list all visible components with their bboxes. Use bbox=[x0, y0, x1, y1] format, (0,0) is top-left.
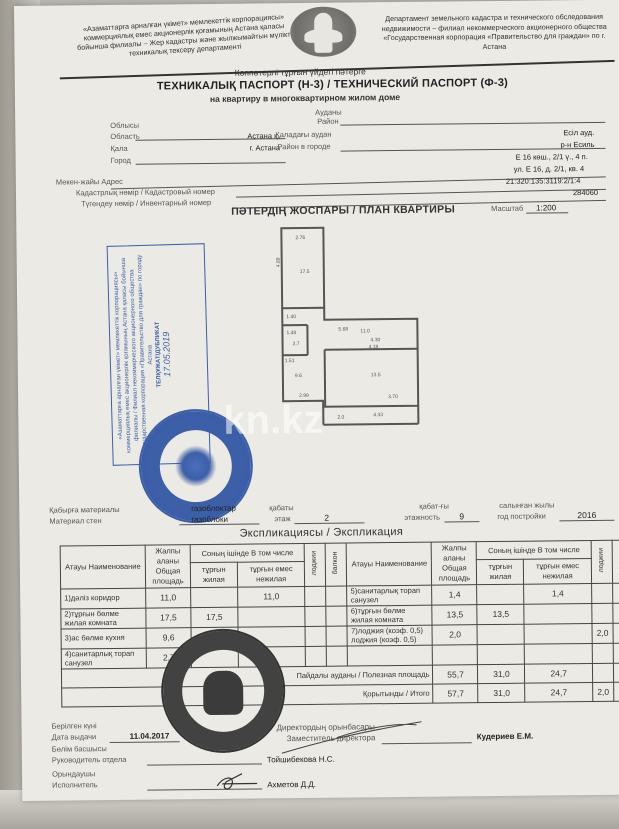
col-total-2: Жалпы аланы Общая площадь bbox=[432, 542, 477, 585]
svg-text:1.51: 1.51 bbox=[285, 358, 295, 364]
cadastral-number: 21:320:135:3119:2/1:4 bbox=[506, 176, 581, 186]
col-living: тұрғын жилая bbox=[190, 562, 237, 587]
cell-total: 2,0 bbox=[432, 625, 477, 645]
label-floor-kz: қабаты bbox=[269, 503, 294, 512]
cell-living: 17,5 bbox=[191, 607, 238, 627]
org-name-kz: «Азаматтарға арналған үкімет» мемлекетті… bbox=[68, 11, 300, 61]
year-line bbox=[559, 520, 614, 521]
room-name bbox=[348, 645, 433, 666]
label-year-kz: салынған жылы bbox=[499, 500, 554, 510]
label-wall-kz: Қабырға материалы bbox=[49, 505, 119, 515]
svg-text:1.40: 1.40 bbox=[286, 314, 296, 320]
exec-name: Ахметов Д.Д. bbox=[267, 780, 316, 790]
col-name: Атауы Наименование bbox=[60, 545, 145, 589]
cell-balcony bbox=[613, 583, 619, 603]
cell-loggia bbox=[592, 643, 613, 663]
cell-total: 17,5 bbox=[146, 608, 191, 628]
document-title: ТЕХНИКАЛЫҚ ПАСПОРТ (Н-3) / ТЕХНИЧЕСКИЙ П… bbox=[157, 77, 508, 93]
col-nonliving: тұрғын емес нежилая bbox=[237, 562, 305, 587]
col-living-2: тұрғын жилая bbox=[477, 559, 524, 584]
inventory-number: 284060 bbox=[573, 188, 598, 197]
label-head-ru: Руководитель отдела bbox=[52, 755, 127, 765]
issue-date-line bbox=[110, 741, 180, 743]
dim-room-width: 2.76 bbox=[295, 235, 305, 241]
label-audany: Ауданы bbox=[315, 108, 342, 117]
cell-balcony bbox=[327, 646, 348, 666]
cell-living bbox=[477, 584, 524, 604]
svg-text:3.70: 3.70 bbox=[388, 394, 398, 400]
col-incl-2: Соның ішінде В том числе bbox=[477, 540, 592, 559]
label-year-ru: год постройки bbox=[497, 511, 546, 521]
deputy-name: Кудериев Е.М. bbox=[477, 732, 534, 742]
plan-title: ПӘТЕРДІҢ ЖОСПАРЫ / ПЛАН КВАРТИРЫ bbox=[231, 203, 455, 217]
cell-total: 11,0 bbox=[146, 588, 191, 608]
col-loggia-2: лоджии bbox=[597, 548, 607, 573]
cell-balcony bbox=[326, 626, 347, 646]
cadastral-line bbox=[236, 189, 606, 198]
room-name: 5)санитарлық торап санузел bbox=[347, 585, 432, 606]
label-exec-ru: Исполнитель bbox=[52, 780, 98, 789]
label-head-kz: Бөлім басшысы bbox=[52, 744, 107, 754]
district-value-kz: Есіл ауд. bbox=[563, 128, 594, 137]
svg-text:2.7: 2.7 bbox=[293, 341, 300, 347]
summary-loggia: 2,0 bbox=[593, 682, 614, 701]
svg-text:2.0: 2.0 bbox=[337, 415, 344, 421]
city-value-ru: г. Астана bbox=[249, 143, 280, 152]
summary-nonliving: 24,7 bbox=[525, 682, 593, 702]
floor-line bbox=[294, 522, 364, 524]
street-value-kz: Е 16 көш., 2/1 ү., 4 п. bbox=[516, 152, 588, 162]
summary-empty bbox=[614, 682, 619, 701]
room-name: 2)тұрғын бөлме жилая комната bbox=[61, 608, 146, 629]
label-issued-ru: Дата выдачи bbox=[52, 732, 97, 741]
wall-line bbox=[179, 523, 259, 525]
label-floors-kz: қабат-ғы bbox=[419, 501, 449, 510]
room-name: 7)лоджия (коэф. 0,5) лоджия (коэф. 0,5) bbox=[347, 625, 432, 646]
label-gorod: Город bbox=[111, 156, 131, 165]
svg-text:17.5: 17.5 bbox=[300, 269, 310, 275]
col-name-2: Атауы Наименование bbox=[347, 542, 432, 586]
cell-living bbox=[477, 624, 524, 644]
svg-text:9.6: 9.6 bbox=[295, 373, 302, 379]
floors-value: 9 bbox=[459, 511, 464, 521]
col-incl: Соның ішінде В том числе bbox=[190, 543, 305, 562]
col-loggia: лоджии bbox=[310, 551, 320, 576]
cell-loggia bbox=[306, 646, 327, 666]
scale-value: 1:200 bbox=[536, 203, 556, 212]
room-name: 1)дәліз коридор bbox=[61, 588, 146, 609]
cell-balcony bbox=[613, 643, 619, 663]
cell-nonliving: 11,0 bbox=[237, 586, 305, 607]
label-cadastral: Кадастрлық нөмір / Кадастровый номер bbox=[76, 187, 215, 197]
label-exec-kz: Орындаушы bbox=[52, 769, 95, 778]
room-name: 6)тұрғын бөлме жилая комната bbox=[347, 605, 432, 626]
summary-living: 31,0 bbox=[478, 683, 525, 702]
floors-line bbox=[444, 521, 479, 522]
cell-living bbox=[478, 644, 525, 664]
dark-round-seal bbox=[161, 628, 286, 753]
label-wall-ru: Материал стен bbox=[49, 516, 101, 526]
svg-text:11.0: 11.0 bbox=[360, 328, 370, 334]
explication-table: Атауы Наименование Жалпы аланы Общая пло… bbox=[60, 540, 619, 708]
explication-title: Экспликациясы / Экспликация bbox=[239, 526, 403, 540]
label-floor-ru: этаж bbox=[274, 514, 290, 523]
cell-nonliving bbox=[238, 606, 306, 627]
label-issued-kz: Берілген күні bbox=[51, 721, 96, 730]
signature-icon bbox=[212, 771, 262, 794]
label-raion: Район bbox=[317, 117, 339, 126]
cell-nonliving bbox=[524, 623, 592, 644]
cell-loggia: 2,0 bbox=[592, 623, 613, 643]
district-line bbox=[341, 148, 606, 152]
seal-emblem-icon bbox=[203, 671, 243, 715]
summary-living: 31,0 bbox=[478, 664, 525, 683]
cell-loggia bbox=[305, 626, 326, 646]
technical-passport-document: «Азаматтарға арналған үкімет» мемлекетті… bbox=[14, 0, 619, 801]
svg-text:13.5: 13.5 bbox=[371, 372, 381, 378]
deputy-signature-icon bbox=[276, 717, 426, 759]
cell-balcony bbox=[613, 603, 619, 623]
stamp-text: «Азаматтарға арналған үкімет» мемлекетті… bbox=[113, 255, 154, 456]
col-total: Жалпы аланы Общая площадь bbox=[145, 545, 190, 588]
kn-kz-watermark: kn.kz bbox=[223, 398, 324, 444]
title-kz-sub: Көппәтерлі тұрғын үйдегі пәтерге bbox=[235, 66, 366, 77]
label-inventory: Түгендеу нөмір / Инвентарный номер bbox=[81, 198, 211, 208]
cell-balcony bbox=[613, 623, 619, 643]
cell-loggia bbox=[592, 603, 613, 623]
summary-total: 57,7 bbox=[433, 684, 478, 703]
room-name: 4)санитарлық торап санузел bbox=[61, 648, 146, 669]
scale-line bbox=[526, 212, 568, 213]
label-kala: Қала bbox=[110, 144, 127, 153]
room-name: 3)ас бөлме кухня bbox=[61, 628, 146, 649]
gorod-line bbox=[136, 162, 286, 164]
cell-total: 13,5 bbox=[432, 605, 477, 625]
cell-living: 13,5 bbox=[477, 604, 524, 624]
svg-text:4.89: 4.89 bbox=[276, 257, 282, 267]
cell-nonliving bbox=[525, 643, 593, 664]
col-balcony: балкон bbox=[331, 552, 341, 575]
street-value-ru: ул. Е 16, д. 2/1, кв. 4 bbox=[514, 164, 585, 174]
cell-loggia bbox=[592, 583, 613, 603]
label-address: Мекен-жайы Адрес bbox=[56, 177, 123, 187]
cell-nonliving bbox=[524, 603, 592, 624]
year-value: 2016 bbox=[577, 510, 596, 520]
wall-material-kz: газоблоктар bbox=[191, 504, 236, 513]
seal-emblem-icon bbox=[175, 445, 217, 487]
issue-date: 11.04.2017 bbox=[130, 731, 170, 740]
svg-text:4.30: 4.30 bbox=[370, 337, 380, 343]
label-raion-gorod: Район в городе bbox=[277, 142, 330, 152]
scale-label: Масштаб bbox=[491, 204, 523, 213]
svg-text:4.18: 4.18 bbox=[369, 344, 379, 350]
raion-line bbox=[340, 122, 605, 126]
cell-nonliving: 1,4 bbox=[524, 583, 592, 604]
cell-balcony bbox=[326, 586, 347, 606]
cell-total: 1,4 bbox=[432, 585, 477, 605]
government-corporation-logo-icon bbox=[290, 6, 357, 57]
svg-text:5.68: 5.68 bbox=[338, 327, 348, 333]
label-floors-ru: этажность bbox=[404, 513, 440, 522]
cell-loggia bbox=[305, 586, 326, 606]
title-ru-sub: на квартиру в многоквартирном жилом доме bbox=[210, 92, 400, 104]
wall-material-ru: газоблоки bbox=[191, 515, 228, 524]
svg-text:1.48: 1.48 bbox=[286, 330, 296, 336]
col-nonliving-2: тұрғын емес нежилая bbox=[524, 559, 592, 584]
stamp-date: 17.05.2019 bbox=[161, 332, 172, 377]
summary-loggia bbox=[592, 663, 613, 682]
cell-balcony bbox=[326, 606, 347, 626]
label-oblys: Облысы bbox=[110, 121, 139, 130]
floor-value: 2 bbox=[324, 513, 329, 523]
summary-empty bbox=[613, 663, 619, 682]
svg-text:4.33: 4.33 bbox=[373, 412, 383, 418]
cell-total bbox=[433, 645, 478, 665]
cell-loggia bbox=[305, 606, 326, 626]
summary-total: 55,7 bbox=[433, 665, 478, 684]
summary-nonliving: 24,7 bbox=[525, 663, 593, 683]
cell-living bbox=[191, 587, 238, 607]
label-kala-audan: Қаладағы аудан bbox=[275, 130, 331, 140]
head-line bbox=[147, 763, 262, 765]
org-name-ru: Департамент земельного кадастра и технич… bbox=[374, 12, 614, 53]
